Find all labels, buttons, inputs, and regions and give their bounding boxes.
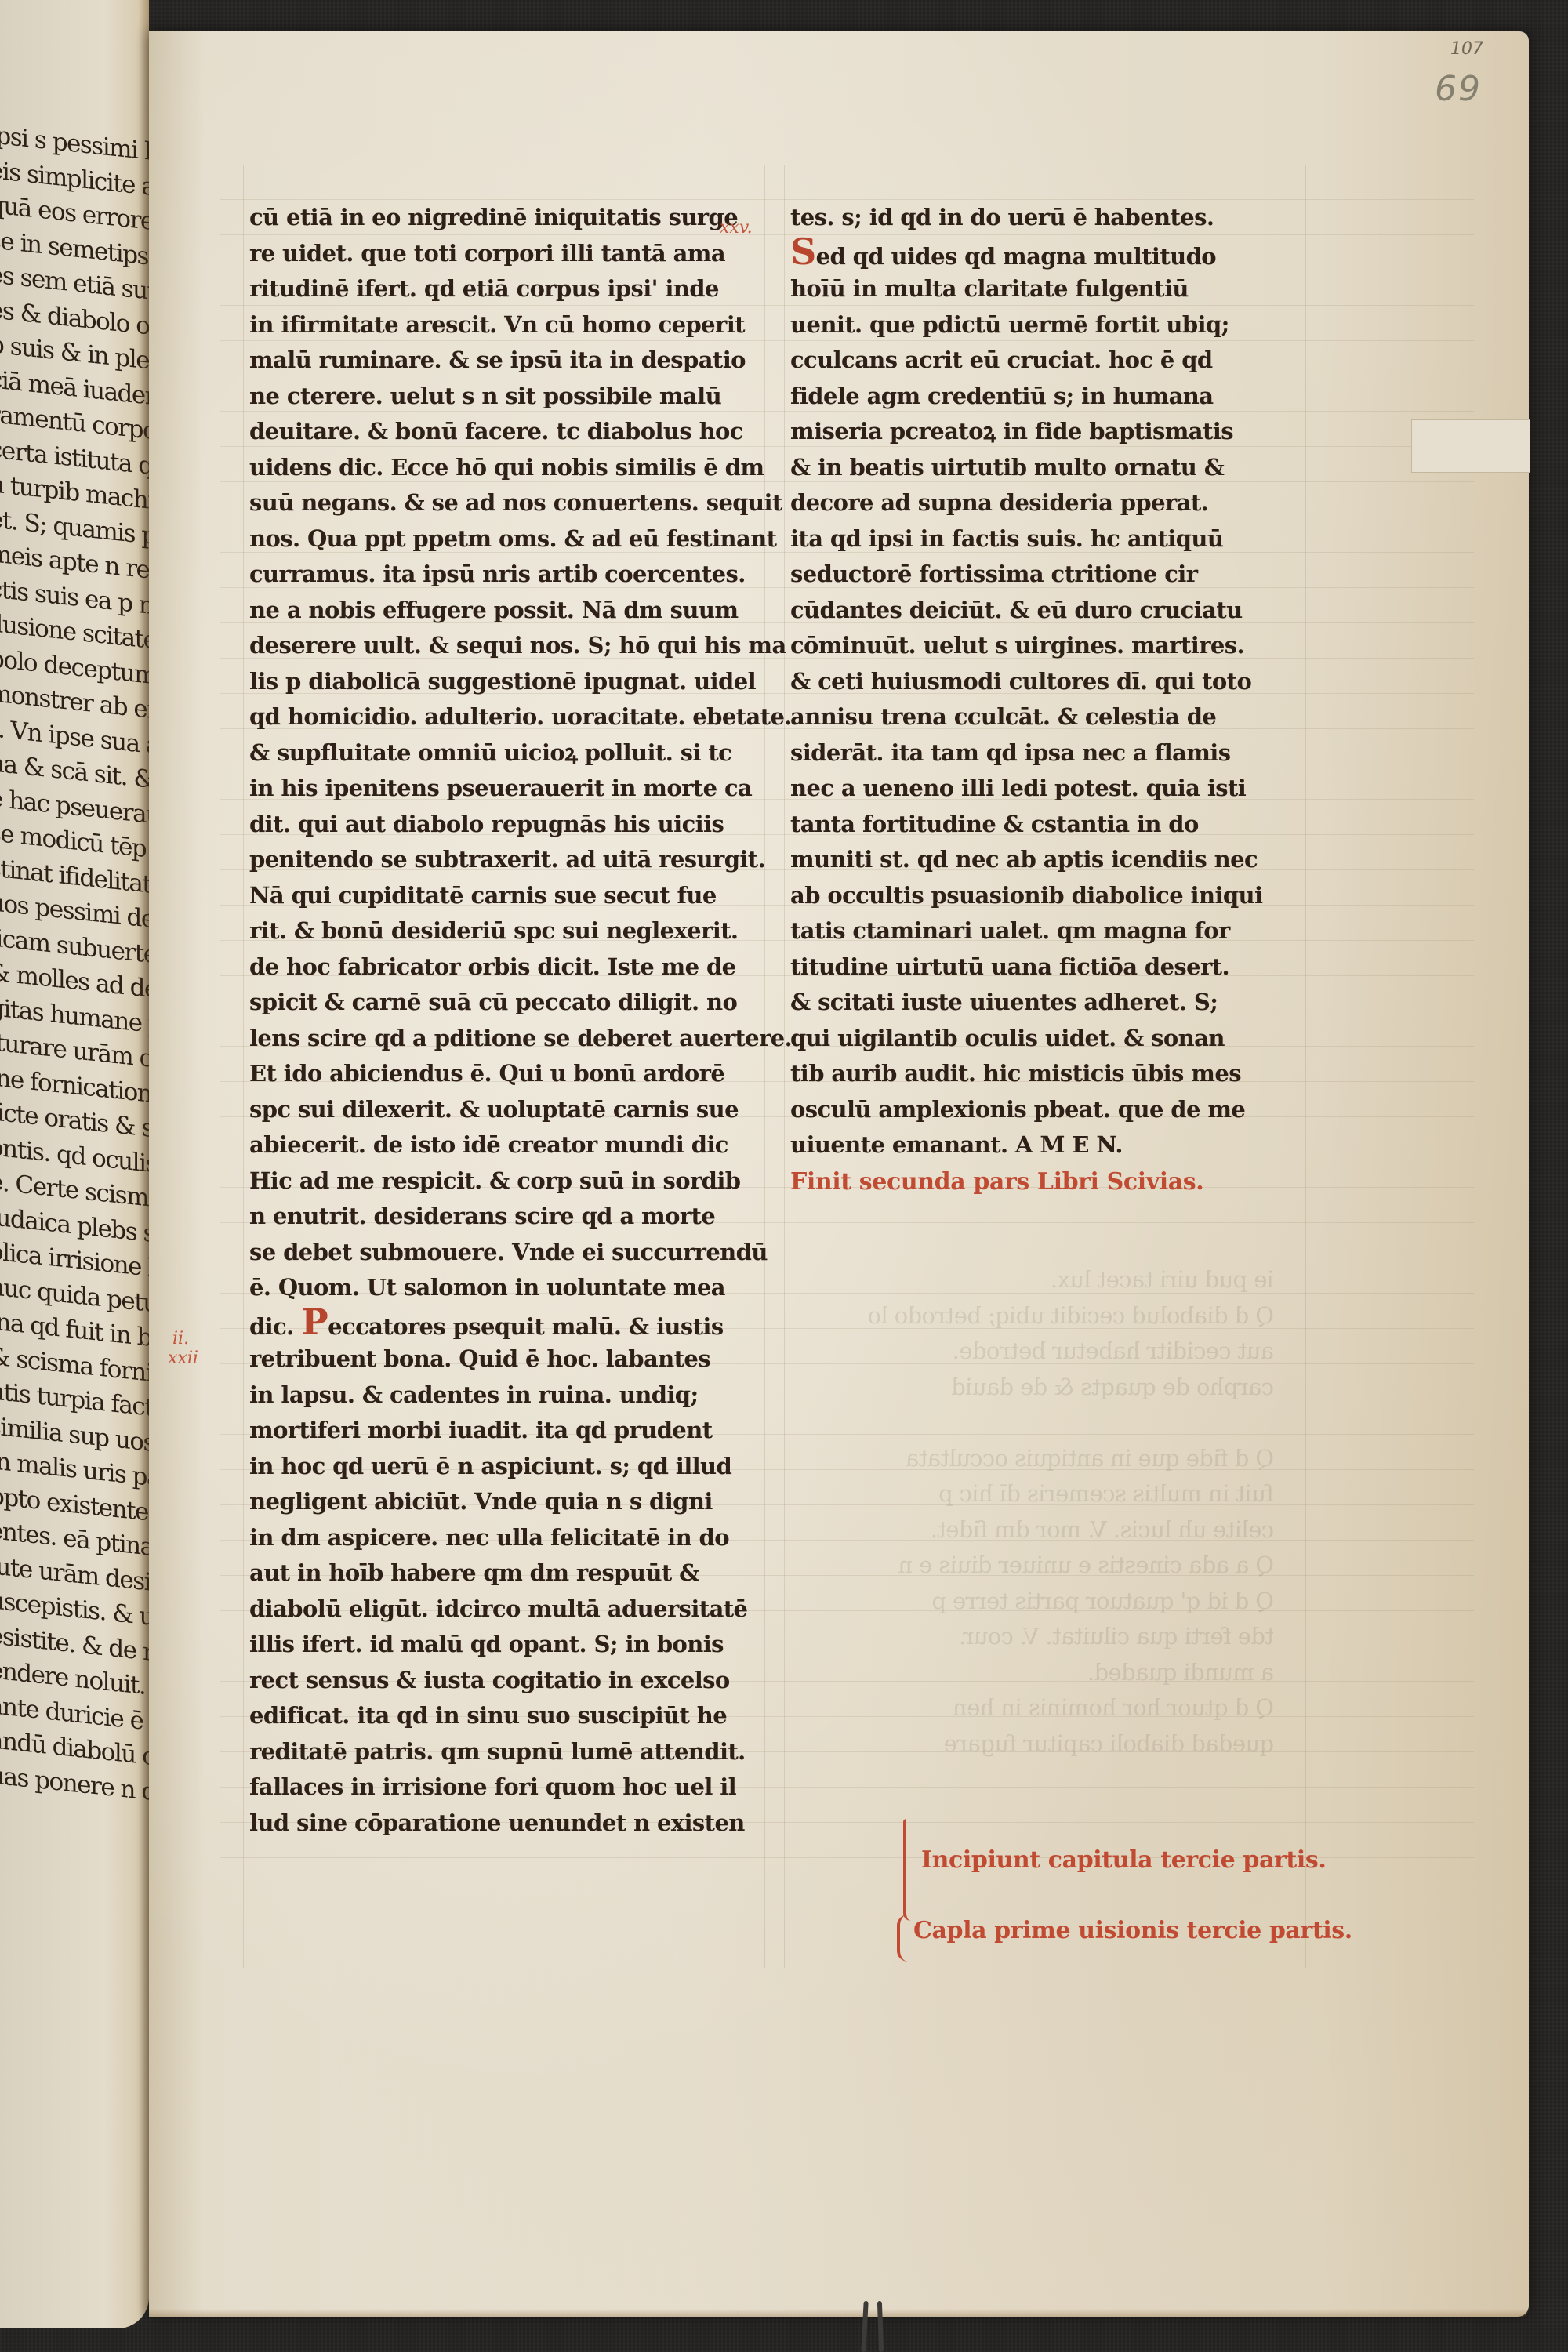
text-line: Q d qtuor hor hominis in hen — [804, 1690, 1274, 1726]
ruling-vertical — [243, 165, 244, 1968]
text-line: Q d id q' quatuor partis terre p — [804, 1584, 1274, 1620]
text-line: Q d diabolud cecidit ubiq; betrodo lo — [804, 1298, 1274, 1334]
text-line: deuitare. & bonū facere. tc diabolus hoc — [249, 414, 751, 450]
text-column-left: cū etiā in eo nigredinē iniquitatis surg… — [249, 200, 751, 1841]
marginal-chapter-number: ii. — [172, 1329, 189, 1348]
text-line: ie pud uiri tacet lux. — [804, 1262, 1274, 1298]
text-line: celite uh lucis. V. mor dm fidet. — [804, 1512, 1274, 1548]
text-line: in lapsu. & cadentes in ruina. undiq; — [249, 1377, 751, 1414]
gutter-shadow — [138, 0, 149, 2328]
text-line: hoīū in multa claritate fulgentiū — [790, 271, 1292, 307]
text-line: Q d fide que in antiquis occultata — [804, 1441, 1274, 1477]
text-line: Sed qd uides qd magna multitudo — [790, 236, 1292, 272]
text-line: muniti st. qd nec ab aptis icendiis nec — [790, 842, 1292, 878]
text-line: & supfluitate omniū uicioꝝ polluit. si t… — [249, 735, 751, 771]
text-line: siderāt. ita tam qd ipsa nec a flamis — [790, 735, 1292, 771]
text-line: lis p diabolicā suggestionē ipugnat. uid… — [249, 664, 751, 700]
old-foliation: 107 — [1450, 39, 1483, 59]
text-line: carpho de quaqts & de dauid — [804, 1370, 1274, 1406]
text-line: miseria pcreatoꝝ in fide baptismatis — [790, 414, 1292, 450]
text-line: quedad diaboli capitur fugare — [804, 1726, 1274, 1762]
text-line: in dm aspicere. nec ulla felicitatē in d… — [249, 1520, 751, 1556]
text-line: re uidet. que toti corpori illi tantā am… — [249, 236, 751, 272]
text-line: tanta fortitudine & cstantia in do — [790, 807, 1292, 843]
text-line: dit. qui aut diabolo repugnās his uiciis — [249, 807, 751, 843]
text-line: deserere uult. & sequi nos. S; hō qui hi… — [249, 628, 751, 664]
text-line — [804, 1405, 1274, 1441]
folio-number: 69 — [1435, 69, 1482, 109]
text-line: mortiferi morbi iuadit. ita qd prudent — [249, 1413, 751, 1449]
text-line: Nā qui cupiditatē carnis sue secut fue — [249, 878, 751, 914]
text-line: lud sine cōparatione uenundet n existen — [249, 1806, 751, 1842]
text-line: rect sensus & iusta cogitatio in excelso — [249, 1663, 751, 1699]
text-line: tib aurib audit. hic misticis ūbis mes — [790, 1056, 1292, 1092]
text-line: ab occultis psuasionib diabolice iniqui — [790, 878, 1292, 914]
incipit-rubric: Incipiunt capitula tercie partis. — [921, 1846, 1326, 1874]
text-line: aut in hoīb habere qm dm respuūt & — [249, 1555, 751, 1592]
text-line: lens scire qd a pditione se deberet auer… — [249, 1021, 751, 1057]
text-column-right: tes. s; id qd in do uerū ē habentes.Sed … — [790, 200, 1292, 1163]
text-line: spicit & carnē suā cū peccato diligit. n… — [249, 985, 751, 1021]
text-line: edificat. ita qd in sinu suo suscipiūt h… — [249, 1698, 751, 1734]
text-line: titudine uirtutū uana fictiōa desert. — [790, 949, 1292, 985]
text-line: fallaces in irrisione fori quom hoc uel … — [249, 1769, 751, 1806]
text-line: negligent abiciūt. Vnde quia n s digni — [249, 1484, 751, 1520]
text-line: de hoc fabricator orbis dicit. Iste me d… — [249, 949, 751, 985]
ruling-vertical — [764, 165, 765, 1968]
text-line: abiecerit. de isto idē creator mundi dic — [249, 1127, 751, 1163]
text-line: uenit. que pdictū uermē fortit ubiq; — [790, 307, 1292, 343]
rubricated-initial: P — [301, 1301, 328, 1343]
text-line: Hic ad me respicit. & corp suū in sordib — [249, 1163, 751, 1200]
text-line: annisu trena cculcāt. & celestia de — [790, 699, 1292, 735]
text-line: tatis ctaminari ualet. qm magna for — [790, 913, 1292, 949]
verso-text-block: ipsi s pessimi homeis simplicite adhequā… — [0, 118, 149, 1810]
text-line: ritudinē ifert. qd etiā corpus ipsi' ind… — [249, 271, 751, 307]
text-line: diabolū eligūt. idcirco multā aduersitat… — [249, 1592, 751, 1628]
text-line: a mundi quaded. — [804, 1655, 1274, 1691]
text-line: fidele agm credentiū s; in humana — [790, 379, 1292, 415]
recto-page: 107 69 ie pud uiri tacet lux.Q d diabolu… — [149, 31, 1529, 2317]
text-line: penitendo se subtraxerit. ad uitā resurg… — [249, 842, 751, 878]
text-line: spc sui dilexerit. & uoluptatē carnis su… — [249, 1092, 751, 1128]
text-line: nec a ueneno illi ledi potest. quia isti — [790, 771, 1292, 807]
text-line: cūdantes deiciūt. & eū duro cruciatu — [790, 593, 1292, 629]
ruling-vertical — [1305, 165, 1306, 1968]
initial-C — [897, 1915, 913, 1962]
text-line: aut ceciditr habetur betrode. — [804, 1334, 1274, 1370]
show-through-text: ie pud uiri tacet lux.Q d diabolud cecid… — [804, 1262, 1274, 1762]
text-line: seductorē fortissima ctritione cir — [790, 557, 1292, 593]
ruling-vertical — [784, 165, 785, 1968]
page-edge — [149, 2309, 1529, 2317]
text-line: decore ad supna desideria pperat. — [790, 485, 1292, 521]
text-line: osculū amplexionis pbeat. que de me — [790, 1092, 1292, 1128]
verso-facing-page: ipsi s pessimi homeis simplicite adhequā… — [0, 0, 149, 2328]
text-line: ita qd ipsi in factis suis. hc antiquū — [790, 521, 1292, 557]
text-line: cōminuūt. uelut s uirgines. martires. — [790, 628, 1292, 664]
text-line: dic. Peccatores psequit malū. & iustis — [249, 1306, 751, 1342]
text-line: & scitati iuste uiuentes adheret. S; — [790, 985, 1292, 1021]
text-line: cū etiā in eo nigredinē iniquitatis surg… — [249, 200, 751, 236]
text-line: n enutrit. desiderans scire qd a morte — [249, 1199, 751, 1235]
text-line: ne cterere. uelut s n sit possibile malū — [249, 379, 751, 415]
marginal-chapter-number: xxv. — [720, 218, 753, 238]
explicit-rubric: Finit secunda pars Libri Scivias. — [790, 1168, 1203, 1196]
text-line: qd homicidio. adulterio. uoracitate. ebe… — [249, 699, 751, 735]
text-line: suū negans. & se ad nos conuertens. sequ… — [249, 485, 751, 521]
text-line: uidens dic. Ecce hō qui nobis similis ē … — [249, 450, 751, 486]
text-line: se debet submouere. Vnde ei succurrendū — [249, 1235, 751, 1271]
text-line: uiuente emanant. A M E N. — [790, 1127, 1292, 1163]
text-line: retribuent bona. Quid ē hoc. labantes — [249, 1341, 751, 1377]
text-line: Q a ada cinestis e uniuer diuis e n — [804, 1548, 1274, 1584]
text-line: & in beatis uirtutib multo ornatu & — [790, 450, 1292, 486]
text-line: rit. & bonū desideriū spc sui neglexerit… — [249, 913, 751, 949]
text-line: & ceti huiusmodi cultores dī. qui toto — [790, 664, 1292, 700]
chapter-heading-rubric: Capla prime uisionis tercie partis. — [913, 1917, 1352, 1944]
rubricated-initial: S — [790, 230, 816, 273]
text-line: ne a nobis effugere possit. Nā dm suum — [249, 593, 751, 629]
text-line: in hoc qd uerū ē n aspiciunt. s; qd illu… — [249, 1449, 751, 1485]
text-line: malū ruminare. & se ipsū ita in despatio — [249, 343, 751, 379]
text-line: qui uigilantib oculis uidet. & sonan — [790, 1021, 1292, 1057]
text-line: nos. Qua ppt ppetm oms. & ad eū festinan… — [249, 521, 751, 557]
text-line: Et ido abiciendus ē. Qui u bonū ardorē — [249, 1056, 751, 1092]
text-line: reditatē patris. qm supnū lumē attendit. — [249, 1734, 751, 1770]
text-line: tde ferti qua ciluitat. V. cour. — [804, 1619, 1274, 1655]
text-line: tes. s; id qd in do uerū ē habentes. — [790, 200, 1292, 236]
text-line: curramus. ita ipsū nris artib coercentes… — [249, 557, 751, 593]
text-line: in his ipenitens pseuerauerit in morte c… — [249, 771, 751, 807]
text-line: fuit in multis scemeris dī hic p — [804, 1476, 1274, 1512]
paper-tab — [1411, 419, 1530, 473]
marginal-chapter-number: xxii — [168, 1348, 198, 1368]
initial-I — [903, 1819, 913, 1921]
text-line: cculcans acrit eū cruciat. hoc ē qd — [790, 343, 1292, 379]
text-line: in ifirmitate arescit. Vn cū homo ceperi… — [249, 307, 751, 343]
text-line: illis ifert. id malū qd opant. S; in bon… — [249, 1627, 751, 1663]
